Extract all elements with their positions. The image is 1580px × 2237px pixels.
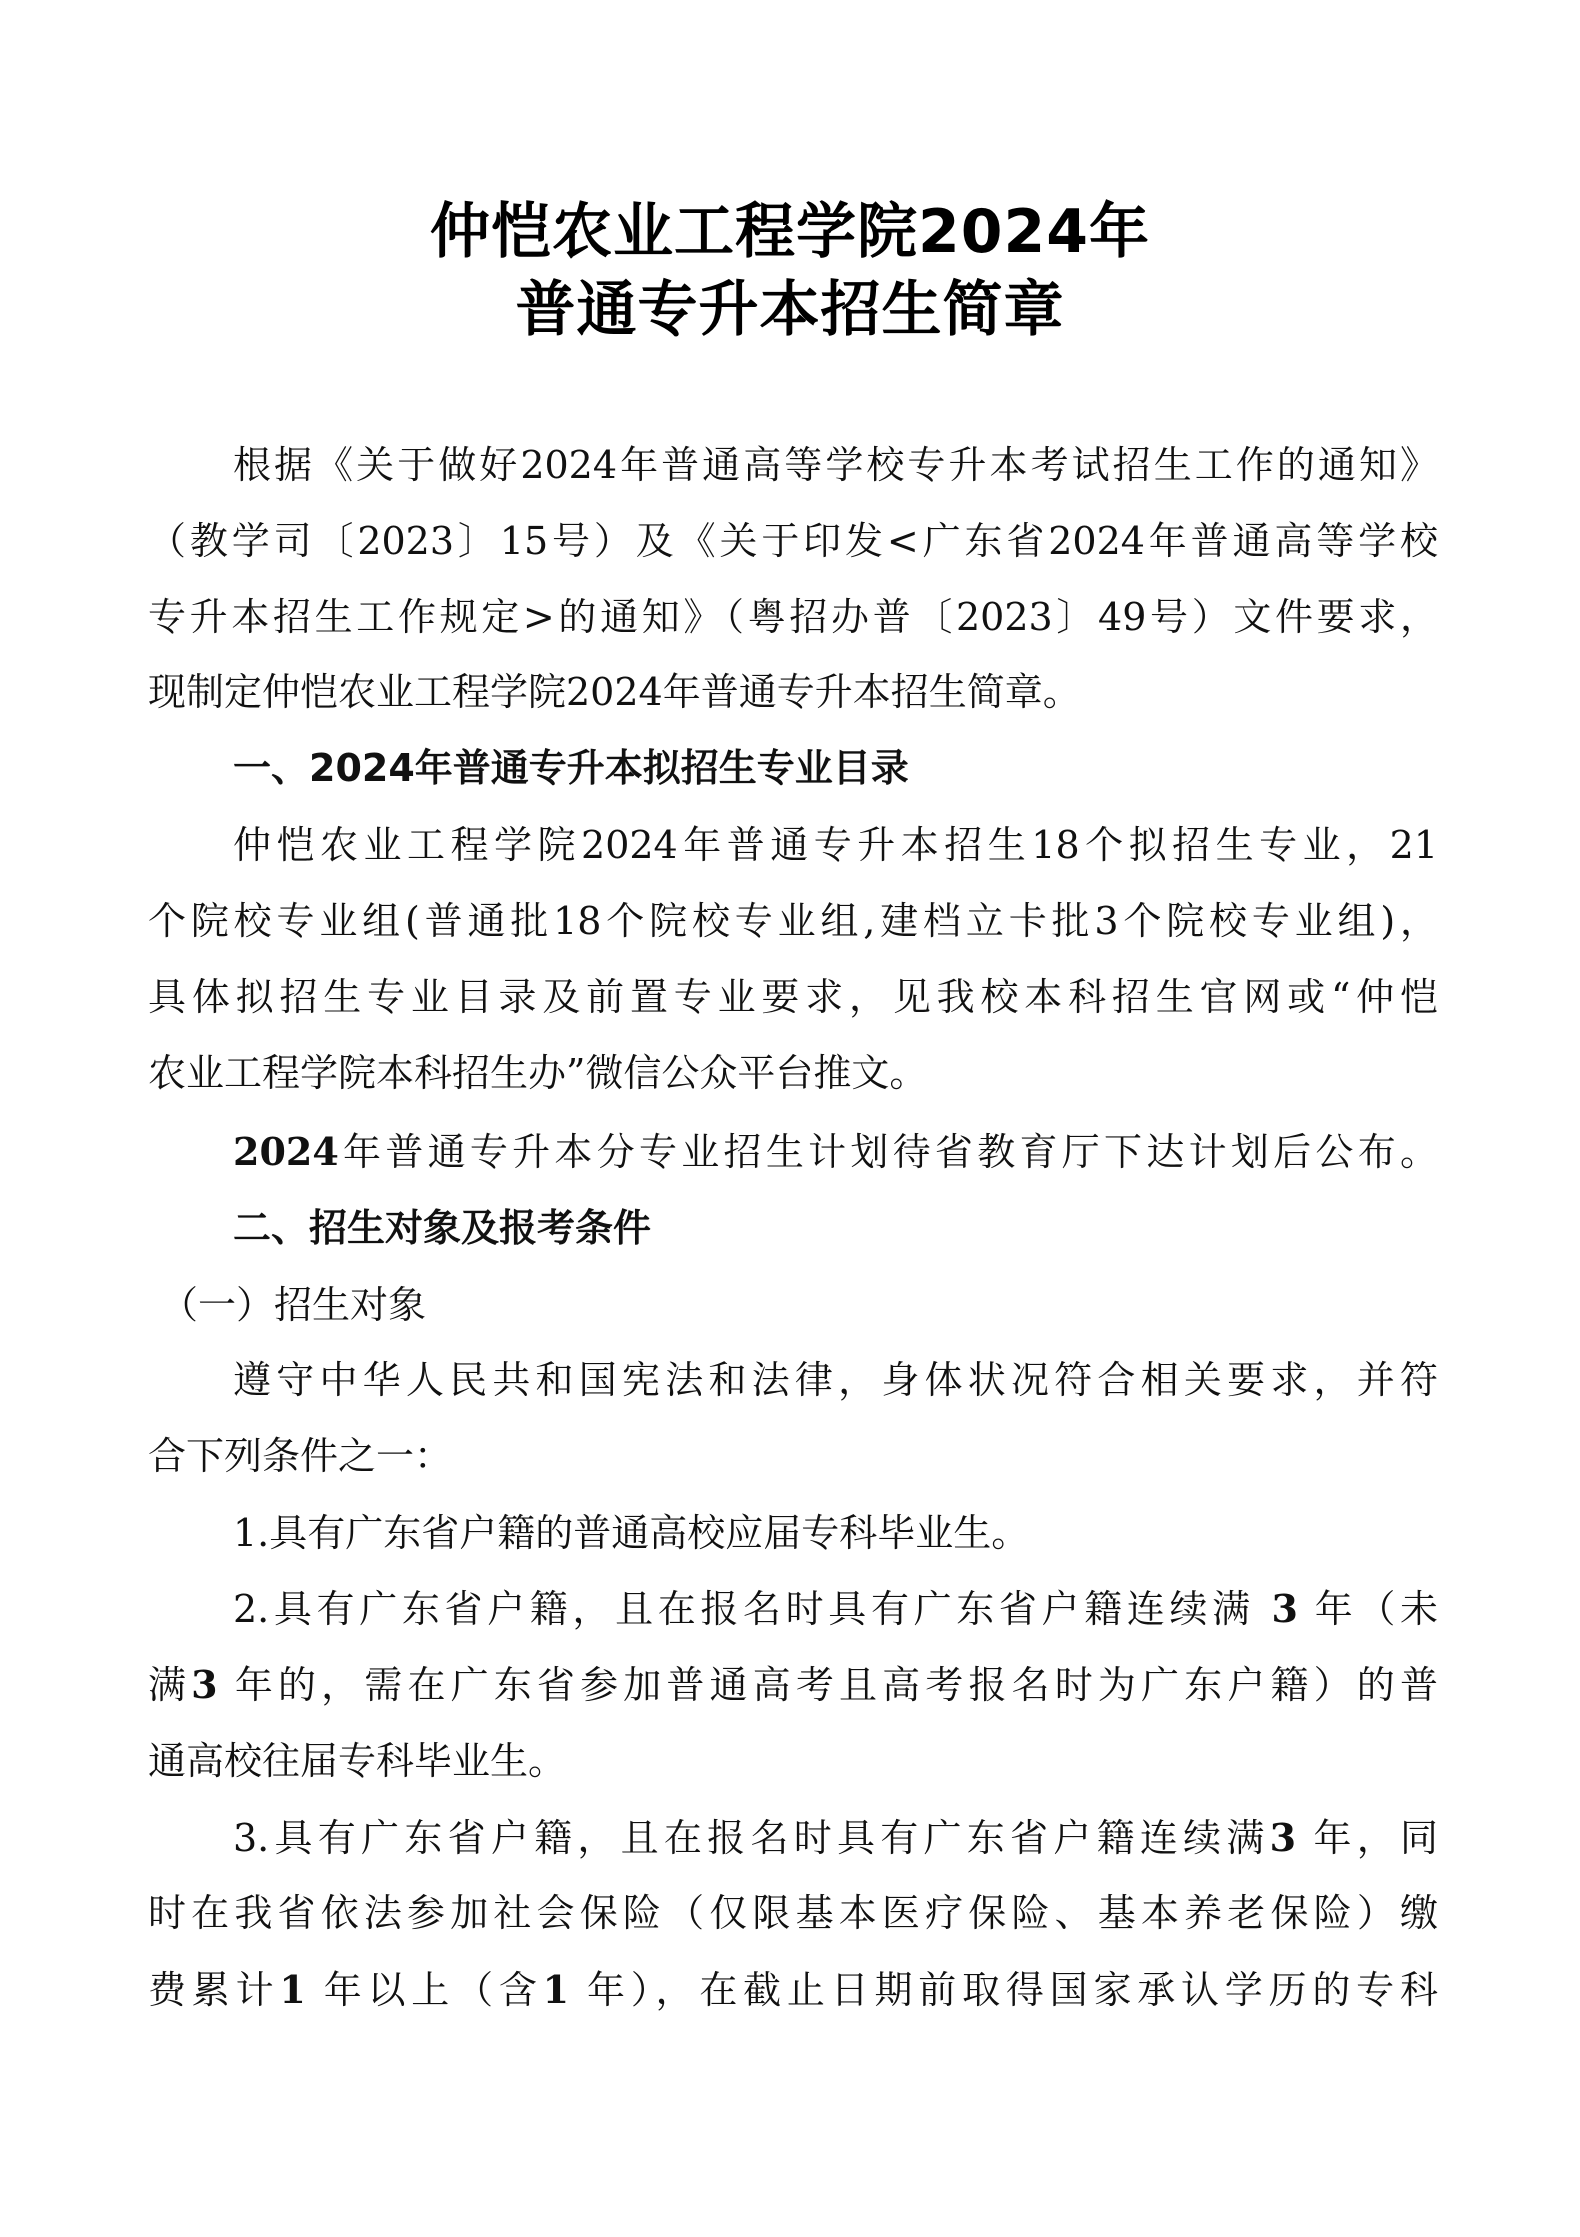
intro-line-3: 专升本招生工作规定>的通知》（粤招办普〔2023〕49号）文件要求， <box>148 587 1438 647</box>
item3-years: 1 <box>279 1967 305 2012</box>
item3-text: 费累计 <box>148 1968 279 2012</box>
item2-years: 3 <box>1272 1586 1298 1631</box>
section1-para1-line-1: 仲恺农业工程学院2024年普通专升本招生18个拟招生专业，21 <box>233 815 1438 875</box>
section2-subheading: （一）招生对象 <box>160 1275 1450 1335</box>
item3-text: 3.具有广东省户籍，且在报名时具有广东省户籍连续满 <box>233 1816 1270 1860</box>
item2-text: 年的，需在广东省参加普通高考且高考报名时为广东户籍）的普 <box>235 1663 1438 1707</box>
condition-item-1: 1.具有广东省户籍的普通高校应届专科毕业生。 <box>233 1503 1438 1563</box>
condition-item-3-line-3: 费累计1 年以上（含1 年），在截止日期前取得国家承认学历的专科 <box>148 1960 1438 2020</box>
intro-line-4: 现制定仲恺农业工程学院2024年普通专升本招生简章。 <box>148 662 1438 722</box>
document-title-line2: 普通专升本招生简章 <box>0 272 1580 348</box>
condition-item-2-line-2: 满3 年的，需在广东省参加普通高考且高考报名时为广东户籍）的普 <box>148 1655 1438 1715</box>
intro-line-2: （教学司〔2023〕15号）及《关于印发<广东省2024年普通高等学校 <box>148 511 1438 571</box>
section1-para2-year: 2024 <box>233 1129 339 1174</box>
item3-years: 1 <box>543 1967 569 2012</box>
condition-item-3-line-1: 3.具有广东省户籍，且在报名时具有广东省户籍连续满3 年，同 <box>233 1808 1438 1868</box>
item2-text: 满 <box>148 1663 191 1707</box>
condition-item-2-line-3: 通高校往届专科毕业生。 <box>148 1731 1438 1791</box>
item3-text: 年以上（含 <box>324 1968 543 2012</box>
section1-para2: 2024年普通专升本分专业招生计划待省教育厅下达计划后公布。 <box>233 1122 1438 1182</box>
section1-para1-line-3: 具体拟招生专业目录及前置专业要求，见我校本科招生官网或“仲恺 <box>148 967 1438 1027</box>
item2-years: 3 <box>191 1662 217 1707</box>
section2-para-line-1: 遵守中华人民共和国宪法和法律，身体状况符合相关要求，并符 <box>233 1350 1438 1410</box>
item3-text: 年），在截止日期前取得国家承认学历的专科 <box>587 1968 1438 2012</box>
document-title-line1: 仲恺农业工程学院2024年 <box>0 194 1580 270</box>
item3-text: 年，同 <box>1313 1816 1438 1860</box>
intro-line-1: 根据《关于做好2024年普通高等学校专升本考试招生工作的通知》 <box>233 435 1438 495</box>
section1-para1-line-4: 农业工程学院本科招生办”微信公众平台推文。 <box>148 1043 1438 1103</box>
section2-para-line-2: 合下列条件之一： <box>148 1426 1438 1486</box>
document-page: 仲恺农业工程学院2024年 普通专升本招生简章 根据《关于做好2024年普通高等… <box>0 0 1580 2237</box>
section1-para1-line-2: 个院校专业组(普通批18个院校专业组,建档立卡批3个院校专业组)， <box>148 891 1438 951</box>
item2-text: 2.具有广东省户籍，且在报名时具有广东省户籍连续满 <box>233 1587 1255 1631</box>
condition-item-3-line-2: 时在我省依法参加社会保险（仅限基本医疗保险、基本养老保险）缴 <box>148 1883 1438 1943</box>
section1-para2-text: 年普通专升本分专业招生计划待省教育厅下达计划后公布。 <box>339 1130 1438 1174</box>
condition-item-2-line-1: 2.具有广东省户籍，且在报名时具有广东省户籍连续满 3 年（未 <box>233 1579 1438 1639</box>
section1-heading: 一、2024年普通专升本拟招生专业目录 <box>233 738 1438 798</box>
item3-years: 3 <box>1270 1815 1296 1860</box>
section2-heading: 二、招生对象及报考条件 <box>233 1198 1438 1258</box>
item2-text: 年（未 <box>1315 1587 1438 1631</box>
